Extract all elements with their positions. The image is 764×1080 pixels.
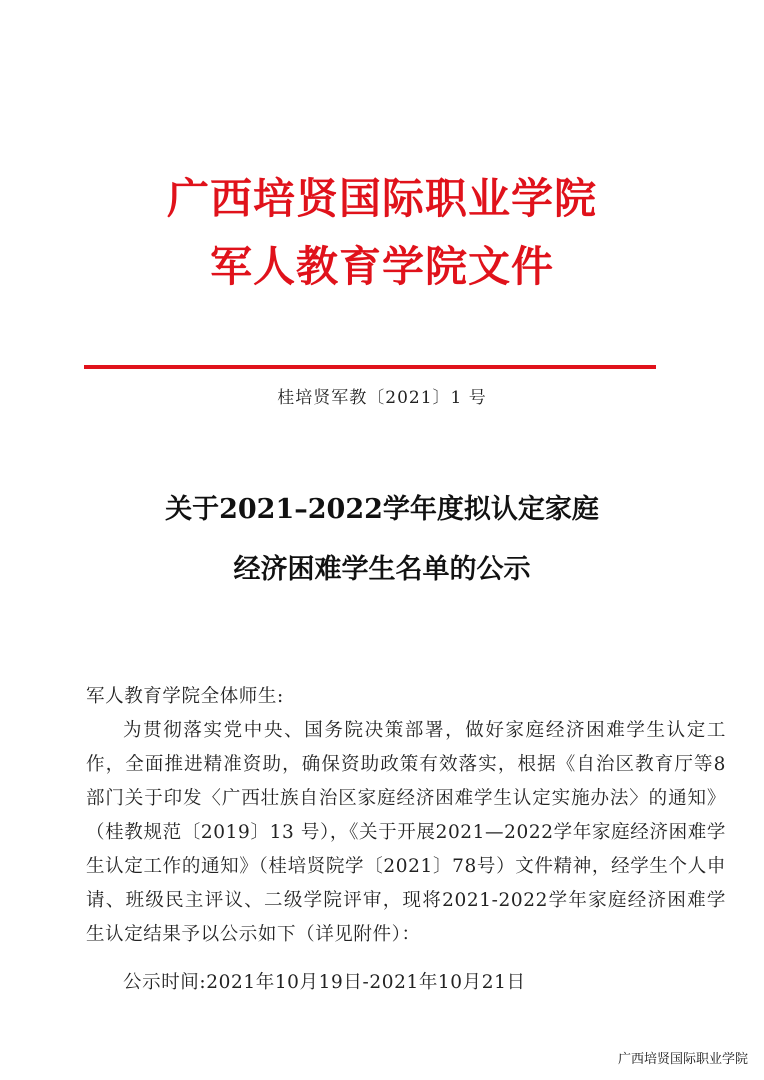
document-type-header: 军人教育学院文件	[0, 246, 764, 288]
body-paragraph: 为贯彻落实党中央、国务院决策部署，做好家庭经济困难学生认定工作，全面推进精准资助…	[86, 714, 726, 952]
document-title-line-2: 经济困难学生名单的公示	[0, 556, 764, 583]
footer-watermark: 广西培贤国际职业学院	[618, 1048, 748, 1067]
salutation: 军人教育学院全体师生:	[86, 680, 726, 714]
red-divider	[84, 365, 656, 369]
issuer-name-header: 广西培贤国际职业学院	[0, 178, 764, 220]
document-title-line-1: 关于2021–2022学年度拟认定家庭	[0, 496, 764, 523]
document-number: 桂培贤军教〔2021〕1 号	[0, 383, 764, 408]
publication-time: 公示时间:2021年10月19日-2021年10月21日	[86, 966, 726, 1000]
